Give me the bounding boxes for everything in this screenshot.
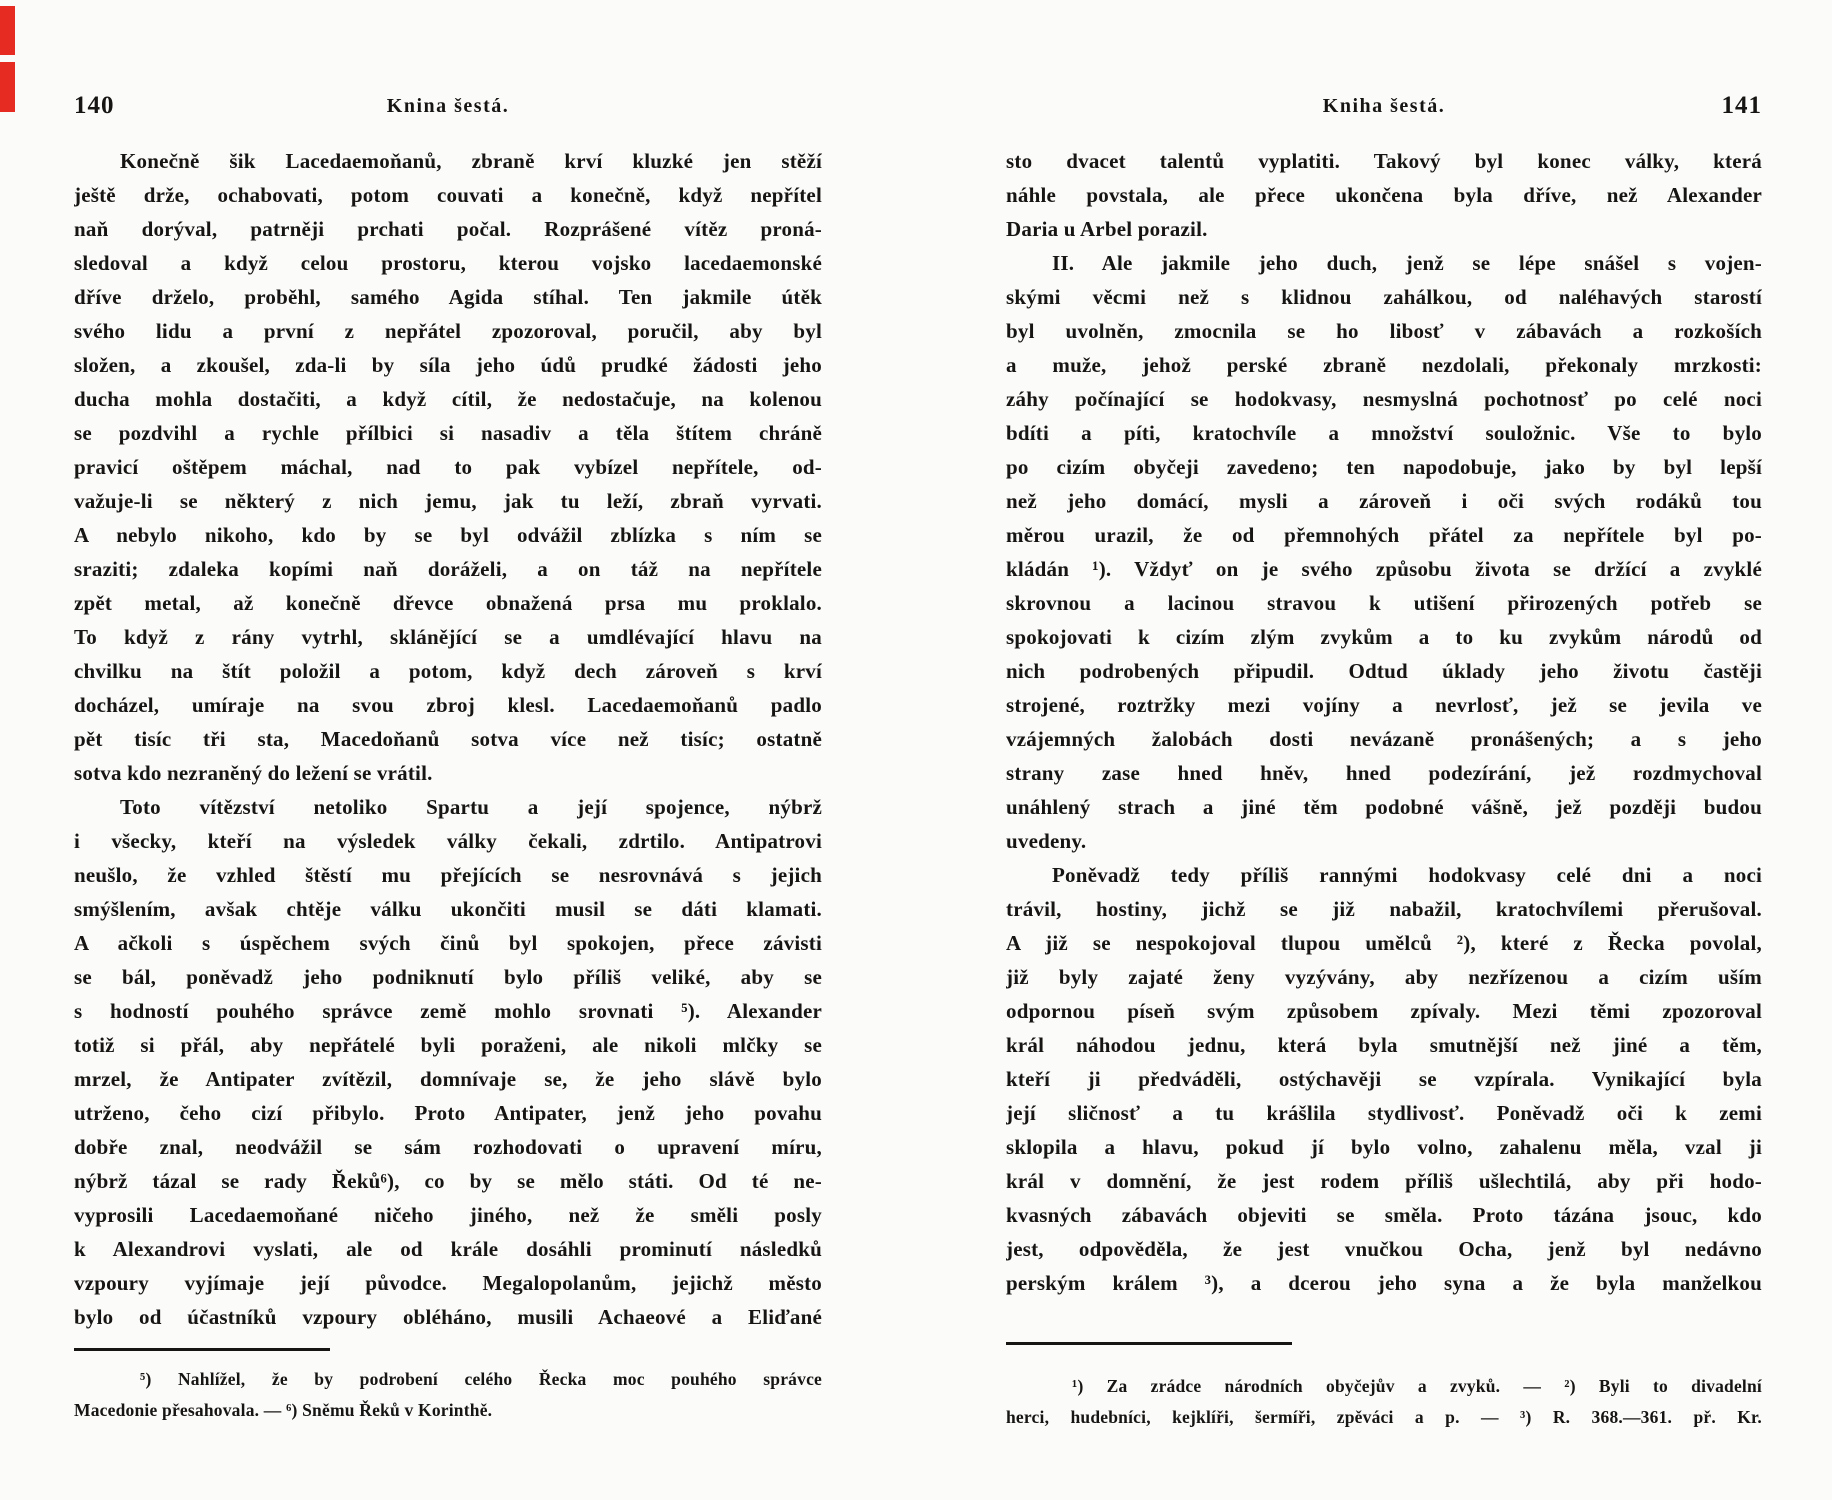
text-line: náhle povstala, ale přece ukončena byla … — [1006, 178, 1762, 212]
text-line: Poněvadž tedy příliš rannými hodokvasy c… — [1006, 858, 1762, 892]
page-header: Kniha šestá. 141 — [1006, 92, 1762, 122]
text-line: bylo od účastníků vzpoury obléháno, musi… — [74, 1300, 822, 1334]
text-line: uvedeny. — [1006, 824, 1762, 858]
text-line: strojené, roztržky mezi vojíny a nevrlos… — [1006, 688, 1762, 722]
footnote-line: ¹) Za zrádce národních obyčejův a zvyků.… — [1006, 1371, 1762, 1402]
text-line: a muže, jehož perské zbraně nezdolali, p… — [1006, 348, 1762, 382]
footnote-block: ⁵) Nahlížel, že by podrobení celého Řeck… — [74, 1364, 822, 1426]
text-line: nýbrž tázal se rady Řeků⁶), co by se měl… — [74, 1164, 822, 1198]
text-line: trávil, hostiny, jichž se již nabažil, k… — [1006, 892, 1762, 926]
footnote-line: Macedonie přesahovala. — ⁶) Sněmu Řeků v… — [74, 1395, 822, 1426]
text-line: totiž si přál, aby nepřátelé byli poraže… — [74, 1028, 822, 1062]
text-line: strany zase hned hněv, hned podezírání, … — [1006, 756, 1762, 790]
text-line: záhy počínající se hodokvasy, nesmyslná … — [1006, 382, 1762, 416]
text-line: jest, odpověděla, že jest vnučkou Ocha, … — [1006, 1232, 1762, 1266]
text-line: II. Ale jakmile jeho duch, jenž se lépe … — [1006, 246, 1762, 280]
text-line: kteří ji předváděli, ostýchavěji se vzpí… — [1006, 1062, 1762, 1096]
text-line: její sličnosť a tu krášlila stydlivosť. … — [1006, 1096, 1762, 1130]
text-line: zpět metal, až konečně dřevce obnažená p… — [74, 586, 822, 620]
text-line: odpornou píseň svým způsobem zpívaly. Me… — [1006, 994, 1762, 1028]
text-line: se bál, poněvadž jeho podniknutí bylo př… — [74, 960, 822, 994]
text-line: spokojovati k cizím zlým zvykům a to ku … — [1006, 620, 1762, 654]
footnote-rule — [74, 1348, 330, 1351]
text-line: kládán ¹). Vždyť on je svého způsobu živ… — [1006, 552, 1762, 586]
text-line: s hodností pouhého správce země mohlo sr… — [74, 994, 822, 1028]
text-line: vzpoury vyjímaje její původce. Megalopol… — [74, 1266, 822, 1300]
paragraph: Toto vítězství netoliko Spartu a její sp… — [74, 790, 822, 1334]
page-left: 140 Knina šestá. Konečně šik Lacedaemoňa… — [74, 92, 822, 1460]
paragraph: Konečně šik Lacedaemoňanů, zbraně krví k… — [74, 144, 822, 790]
text-line: pravicí oštěpem máchal, nad to pak vybíz… — [74, 450, 822, 484]
text-line: mrzel, že Antipater zvítězil, domnívaje … — [74, 1062, 822, 1096]
text-line: k Alexandrovi vyslati, ale od krále dosá… — [74, 1232, 822, 1266]
text-line: i všecky, kteří na výsledek války čekali… — [74, 824, 822, 858]
text-line: sto dvacet talentů vyplatiti. Takový byl… — [1006, 144, 1762, 178]
footnote-rule — [1006, 1342, 1292, 1345]
text-line: kvasných zábavách objeviti se směla. Pro… — [1006, 1198, 1762, 1232]
text-line: měrou urazil, že od přemnohých přátel za… — [1006, 518, 1762, 552]
text-line: složen, a zkoušel, zda-li by síla jeho ú… — [74, 348, 822, 382]
scan-artifact-red — [0, 6, 15, 55]
page-number: 141 — [1722, 92, 1763, 120]
text-line: važuje-li se některý z nich jemu, jak tu… — [74, 484, 822, 518]
text-line: bdíti a píti, kratochvíle a množství sou… — [1006, 416, 1762, 450]
paragraph: Poněvadž tedy příliš rannými hodokvasy c… — [1006, 858, 1762, 1300]
text-line: se pozdvihl a rychle přílbici si nasadiv… — [74, 416, 822, 450]
text-line: To když z rány vytrhl, sklánějící se a u… — [74, 620, 822, 654]
text-line: sklopila a hlavu, pokud jí bylo volno, z… — [1006, 1130, 1762, 1164]
text-line: Konečně šik Lacedaemoňanů, zbraně krví k… — [74, 144, 822, 178]
footnote-line: ⁵) Nahlížel, že by podrobení celého Řeck… — [74, 1364, 822, 1395]
text-block: Konečně šik Lacedaemoňanů, zbraně krví k… — [74, 144, 822, 1334]
text-line: král náhodou jednu, která byla smutnější… — [1006, 1028, 1762, 1062]
text-line: skými věcmi než s klidnou zahálkou, od n… — [1006, 280, 1762, 314]
text-line: již byly zajaté ženy vyzývány, aby nezří… — [1006, 960, 1762, 994]
text-line: Toto vítězství netoliko Spartu a její sp… — [74, 790, 822, 824]
footnote-area: ⁵) Nahlížel, že by podrobení celého Řeck… — [74, 1348, 822, 1426]
text-block: sto dvacet talentů vyplatiti. Takový byl… — [1006, 144, 1762, 1300]
text-line: A nebylo nikoho, kdo by se byl odvážil z… — [74, 518, 822, 552]
text-line: utrženo, čeho cizí přibylo. Proto Antipa… — [74, 1096, 822, 1130]
text-line: nich podrobených připudil. Odtud úklady … — [1006, 654, 1762, 688]
text-line: ducha mohla dostačiti, a když cítil, že … — [74, 382, 822, 416]
paragraph: sto dvacet talentů vyplatiti. Takový byl… — [1006, 144, 1762, 246]
text-line: naň dorýval, patrněji prchati počal. Roz… — [74, 212, 822, 246]
text-line: než jeho domácí, mysli a zároveň i oči s… — [1006, 484, 1762, 518]
text-line: Daria u Arbel porazil. — [1006, 212, 1762, 246]
text-line: sotva kdo nezraněný do ležení se vrátil. — [74, 756, 822, 790]
text-line: unáhlený strach a jiné těm podobné vášně… — [1006, 790, 1762, 824]
text-line: vyprosili Lacedaemoňané ničeho jiného, n… — [74, 1198, 822, 1232]
text-line: král v domnění, že jest rodem příliš ušl… — [1006, 1164, 1762, 1198]
paragraph: II. Ale jakmile jeho duch, jenž se lépe … — [1006, 246, 1762, 858]
text-line: A ačkoli s úspěchem svých činů byl spoko… — [74, 926, 822, 960]
text-line: A již se nespokojoval tlupou umělců ²), … — [1006, 926, 1762, 960]
page-right: Kniha šestá. 141 sto dvacet talentů vypl… — [1006, 92, 1762, 1460]
text-line: docházel, umíraje na svou zbroj klesl. L… — [74, 688, 822, 722]
text-line: vzájemných žalobách dosti nevázaně proná… — [1006, 722, 1762, 756]
running-title: Kniha šestá. — [1006, 95, 1762, 118]
text-line: svého lidu a první z nepřátel zpozoroval… — [74, 314, 822, 348]
text-line: skrovnou a lacinou stravou k utišení při… — [1006, 586, 1762, 620]
text-line: smýšlením, avšak chtěje válku ukončiti m… — [74, 892, 822, 926]
text-line: po cizím obyčeji zavedeno; ten napodobuj… — [1006, 450, 1762, 484]
text-line: perským králem ³), a dcerou jeho syna a … — [1006, 1266, 1762, 1300]
page-header: 140 Knina šestá. — [74, 92, 822, 122]
footnote-area: ¹) Za zrádce národních obyčejův a zvyků.… — [1006, 1342, 1762, 1433]
text-line: byl uvolněn, zmocnila se ho libosť v záb… — [1006, 314, 1762, 348]
scan-artifact-red — [0, 62, 15, 112]
text-line: ještě drže, ochabovati, potom couvati a … — [74, 178, 822, 212]
running-title: Knina šestá. — [74, 95, 822, 118]
text-line: sraziti; zdaleka kopími naň doráželi, a … — [74, 552, 822, 586]
text-line: dříve drželo, proběhl, samého Agida stíh… — [74, 280, 822, 314]
text-line: dobře znal, neodvážil se sám rozhodovati… — [74, 1130, 822, 1164]
footnote-line: herci, hudebníci, kejklíři, šermíři, zpě… — [1006, 1402, 1762, 1433]
text-line: neušlo, že vzhled štěstí mu přejících se… — [74, 858, 822, 892]
text-line: pět tisíc tři sta, Macedoňanů sotva více… — [74, 722, 822, 756]
text-line: sledoval a když celou prostoru, kterou v… — [74, 246, 822, 280]
text-line: chvilku na štít položil a potom, když de… — [74, 654, 822, 688]
footnote-block: ¹) Za zrádce národních obyčejův a zvyků.… — [1006, 1371, 1762, 1433]
